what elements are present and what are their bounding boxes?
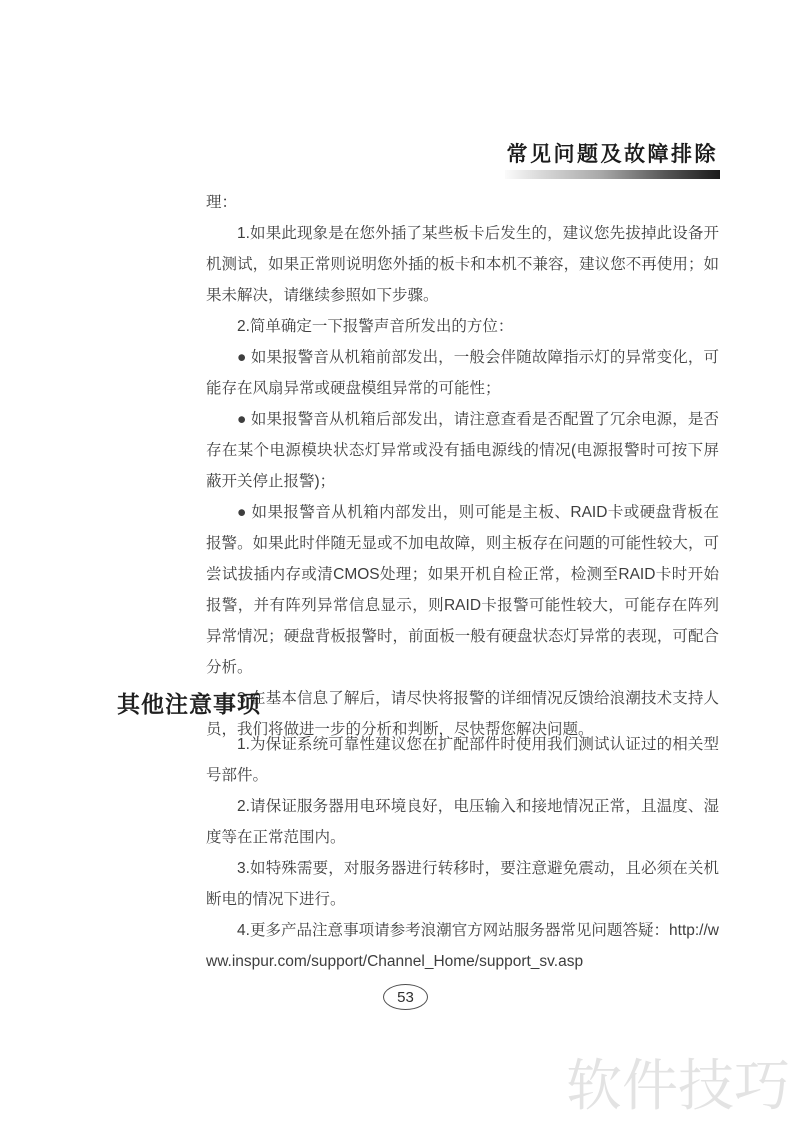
body-paragraph-bullet-rear: ● 如果报警音从机箱后部发出，请注意查看是否配置了冗余电源，是否存在某个电源模块… <box>206 404 719 497</box>
body-paragraph-1: 1.如果此现象是在您外插了某些板卡后发生的，建议您先拔掉此设备开机测试，如果正常… <box>206 218 719 311</box>
note-paragraph-2: 2.请保证服务器用电环境良好，电压输入和接地情况正常，且温度、湿度等在正常范围内… <box>206 791 719 853</box>
note-paragraph-1: 1.为保证系统可靠性建议您在扩配部件时使用我们测试认证过的相关型号部件。 <box>206 729 719 791</box>
note-paragraph-4-with-url: 4.更多产品注意事项请参考浪潮官方网站服务器常见问题答疑：http://www.… <box>206 915 719 977</box>
title-gradient-rule <box>505 170 720 179</box>
body-paragraph-bullet-front: ● 如果报警音从机箱前部发出，一般会伴随故障指示灯的异常变化，可能存在风扇异常或… <box>206 342 719 404</box>
chapter-title: 常见问题及故障排除 <box>507 138 719 168</box>
watermark-text: 软件技巧 <box>566 1042 790 1122</box>
page-number: 53 <box>397 989 414 1006</box>
continuation-line: 理： <box>206 187 719 218</box>
body-paragraph-bullet-internal: ● 如果报警音从机箱内部发出，则可能是主板、RAID卡或硬盘背板在报警。如果此时… <box>206 497 719 683</box>
section-heading: 其他注意事项 <box>117 686 261 719</box>
page-number-badge: 53 <box>383 984 428 1010</box>
document-page: 常见问题及故障排除 理： 1.如果此现象是在您外插了某些板卡后发生的，建议您先拔… <box>0 0 800 1132</box>
body-paragraph-2: 2.简单确定一下报警声音所发出的方位： <box>206 311 719 342</box>
notes-text-block: 1.为保证系统可靠性建议您在扩配部件时使用我们测试认证过的相关型号部件。 2.请… <box>206 729 719 977</box>
body-text-block: 理： 1.如果此现象是在您外插了某些板卡后发生的，建议您先拔掉此设备开机测试，如… <box>206 187 719 745</box>
note-paragraph-3: 3.如特殊需要，对服务器进行转移时，要注意避免震动，且必须在关机断电的情况下进行… <box>206 853 719 915</box>
